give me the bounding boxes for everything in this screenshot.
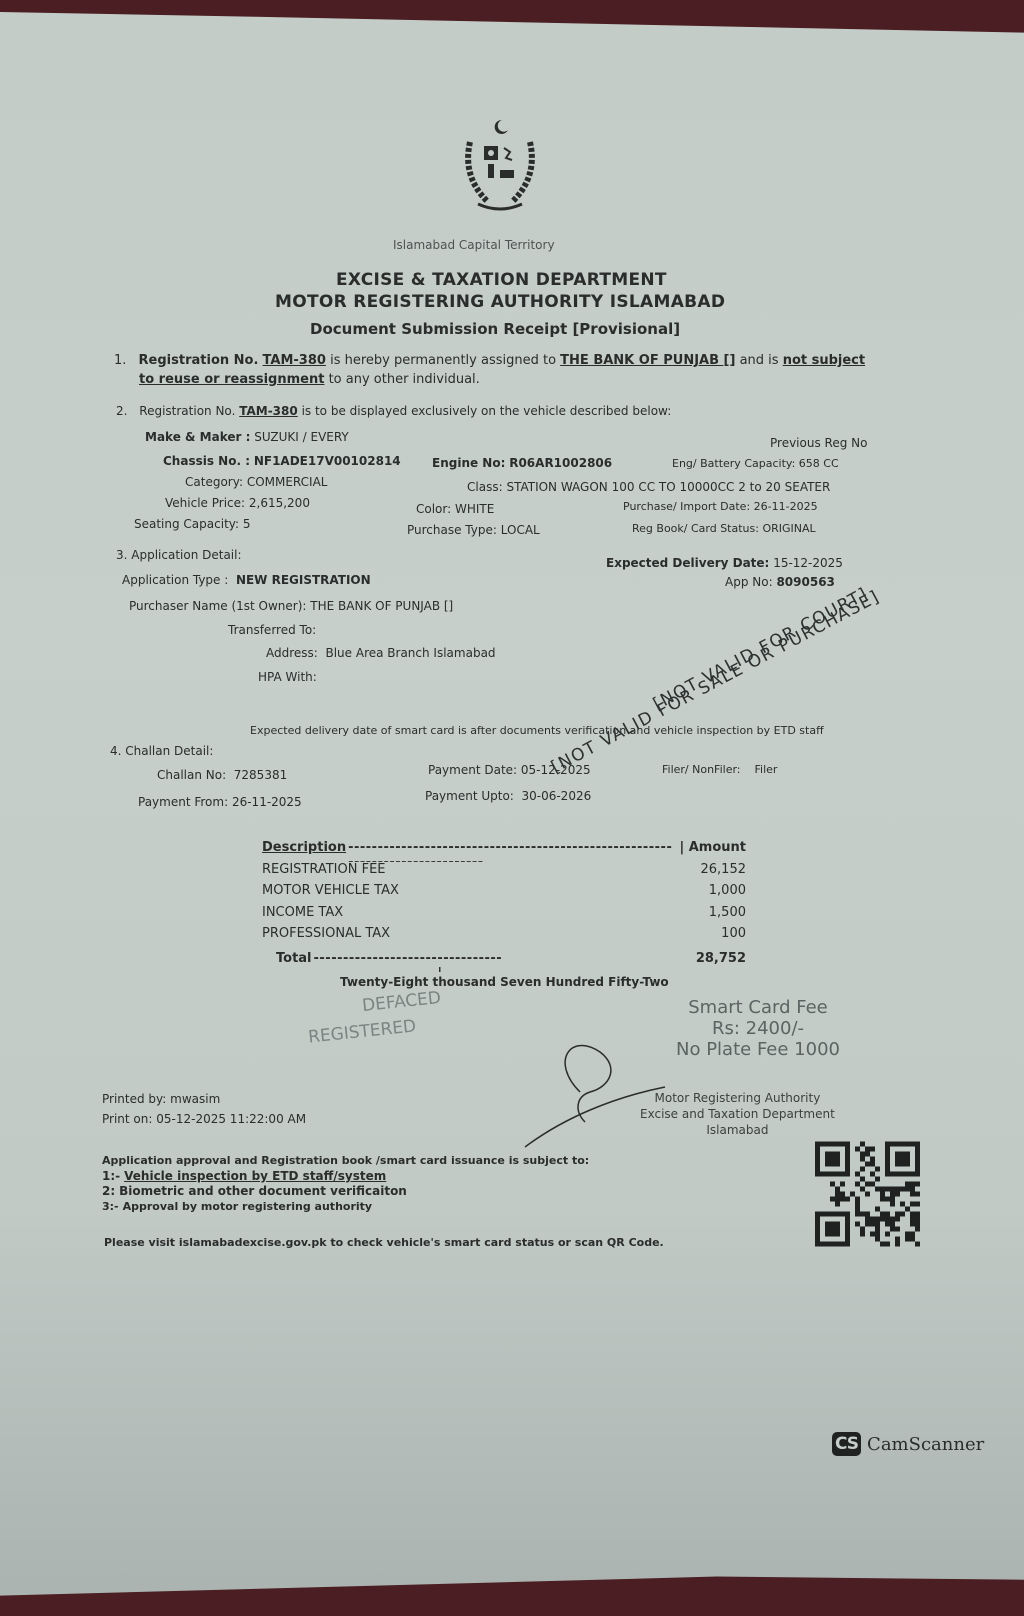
color-field: Color: WHITE bbox=[416, 502, 494, 516]
fee-amount: 100 bbox=[721, 926, 746, 948]
payment-upto-field: Payment Upto: 30-06-2026 bbox=[425, 789, 591, 803]
fee-row: MOTOR VEHICLE TAX1,000 bbox=[262, 883, 746, 905]
purchaser-field: Purchaser Name (1st Owner): THE BANK OF … bbox=[129, 599, 453, 613]
price-field: Vehicle Price: 2,615,200 bbox=[165, 496, 310, 510]
fee-amount: 1,000 bbox=[709, 883, 746, 905]
payment-from-field: Payment From: 26-11-2025 bbox=[138, 795, 302, 809]
camscanner-watermark: CS CamScanner bbox=[832, 1432, 984, 1456]
filer-field: Filer/ NonFiler: Filer bbox=[662, 763, 777, 776]
clause-1: 1. Registration No. TAM-380 is hereby pe… bbox=[114, 353, 865, 368]
handwritten-fee-note: Smart Card Fee Rs: 2400/- No Plate Fee 1… bbox=[676, 997, 840, 1060]
clause-1-emphasis: not subject bbox=[783, 353, 865, 368]
transferred-field: Transferred To: bbox=[228, 623, 316, 637]
condition-number: 2: bbox=[102, 1184, 115, 1198]
header-divider: ----------------------------------------… bbox=[348, 840, 677, 862]
capacity-field: Eng/ Battery Capacity: 658 CC bbox=[672, 457, 839, 470]
territory-label: Islamabad Capital Territory bbox=[393, 238, 555, 252]
qr-code-icon bbox=[815, 1140, 920, 1248]
smart-card-fee: Smart Card Fee bbox=[676, 997, 840, 1018]
clause-1-text-2: and is bbox=[740, 353, 779, 368]
make-field: Make & Maker : SUZUKI / EVERY bbox=[145, 430, 349, 444]
fee-table: Description ----------------------------… bbox=[262, 840, 746, 972]
fee-description: REGISTRATION FEE bbox=[262, 862, 386, 884]
camscanner-label: CamScanner bbox=[867, 1434, 984, 1455]
fee-rows: REGISTRATION FEE26,152MOTOR VEHICLE TAX1… bbox=[262, 862, 746, 948]
clause-1-lead: Registration No. bbox=[139, 353, 259, 368]
seating-field: Seating Capacity: 5 bbox=[134, 517, 251, 531]
document-title: Document Submission Receipt [Provisional… bbox=[310, 320, 680, 338]
conditions-intro: Application approval and Registration bo… bbox=[102, 1154, 589, 1167]
conditions-list: 1:-Vehicle inspection by ETD staff/syste… bbox=[102, 1169, 407, 1214]
delivery-date-field: Expected Delivery Date: 15-12-2025 bbox=[606, 556, 843, 570]
smart-card-fee-amount: Rs: 2400/- bbox=[676, 1018, 840, 1039]
payment-date-field: Payment Date: 05-12-2025 bbox=[428, 763, 591, 777]
engine-field: Engine No: R06AR1002806 bbox=[432, 456, 612, 470]
registered-stamp: REGISTERED bbox=[307, 1016, 417, 1047]
signatory-line-3: Islamabad bbox=[640, 1122, 835, 1138]
fee-description: MOTOR VEHICLE TAX bbox=[262, 883, 399, 905]
condition-item: 2:Biometric and other document verificai… bbox=[102, 1184, 407, 1199]
condition-item: 3:-Approval by motor registering authori… bbox=[102, 1199, 407, 1214]
clause-2-text: is to be displayed exclusively on the ve… bbox=[302, 404, 672, 418]
clause-1-text-3: to any other individual. bbox=[329, 372, 480, 387]
address-field: Address: Blue Area Branch Islamabad bbox=[266, 646, 496, 660]
condition-number: 1:- bbox=[102, 1169, 120, 1183]
class-field: Class: STATION WAGON 100 CC TO 10000CC 2… bbox=[467, 480, 830, 494]
number-plate-fee: No Plate Fee 1000 bbox=[676, 1039, 840, 1060]
fee-total-row: Total ----------------------------------… bbox=[262, 951, 746, 973]
chassis-field: Chassis No. : NF1ADE17V00102814 bbox=[163, 454, 401, 468]
fee-description: PROFESSIONAL TAX bbox=[262, 926, 390, 948]
condition-text: Biometric and other document verificaito… bbox=[119, 1184, 407, 1198]
app-no-field: App No: 8090563 bbox=[725, 575, 835, 589]
clause-2-lead: Registration No. bbox=[139, 404, 235, 418]
printed-on-field: Print on: 05-12-2025 11:22:00 AM bbox=[102, 1112, 306, 1126]
fee-row: REGISTRATION FEE26,152 bbox=[262, 862, 746, 884]
camscanner-logo-icon: CS bbox=[832, 1432, 861, 1456]
clause-1-text: is hereby permanently assigned to bbox=[330, 353, 556, 368]
signatory-block: Motor Registering Authority Excise and T… bbox=[640, 1090, 835, 1138]
condition-text: Vehicle inspection by ETD staff/system bbox=[124, 1169, 386, 1183]
previous-reg-field: Previous Reg No bbox=[770, 436, 867, 450]
printed-by-field: Printed by: mwasim bbox=[102, 1092, 220, 1106]
challan-no-field: Challan No: 7285381 bbox=[157, 768, 287, 782]
department-title: EXCISE & TAXATION DEPARTMENT bbox=[336, 270, 667, 290]
fee-description: INCOME TAX bbox=[262, 905, 343, 927]
challan-section-title: 4. Challan Detail: bbox=[110, 744, 213, 758]
registration-number: TAM-380 bbox=[263, 353, 326, 368]
status-check-note: Please visit islamabadexcise.gov.pk to c… bbox=[104, 1236, 664, 1249]
purchase-date-field: Purchase/ Import Date: 26-11-2025 bbox=[623, 500, 818, 513]
fee-amount: 1,500 bbox=[709, 905, 746, 927]
state-emblem-icon bbox=[450, 112, 550, 232]
registration-number-2: TAM-380 bbox=[239, 404, 298, 418]
owner-name: THE BANK OF PUNJAB [] bbox=[560, 353, 735, 368]
authority-title: MOTOR REGISTERING AUTHORITY ISLAMABAD bbox=[275, 292, 725, 312]
category-field: Category: COMMERCIAL bbox=[185, 475, 327, 489]
condition-text: Approval by motor registering authority bbox=[123, 1200, 372, 1213]
clause-2: 2. Registration No. TAM-380 is to be dis… bbox=[116, 404, 671, 418]
fee-row: INCOME TAX1,500 bbox=[262, 905, 746, 927]
card-status-field: Reg Book/ Card Status: ORIGINAL bbox=[632, 522, 816, 535]
clause-1-number: 1. bbox=[114, 353, 126, 368]
total-amount: 28,752 bbox=[696, 951, 746, 973]
clause-2-number: 2. bbox=[116, 404, 127, 418]
description-header: Description bbox=[262, 840, 346, 862]
amount-header: | Amount bbox=[679, 840, 746, 862]
total-in-words: Twenty-Eight thousand Seven Hundred Fift… bbox=[340, 975, 669, 989]
not-valid-sale-stamp: [NOT VALID FOR SALE OR PURCHASE] bbox=[548, 587, 883, 778]
hpa-field: HPA With: bbox=[258, 670, 317, 684]
clause-1-emphasis-2: to reuse or reassignment bbox=[139, 372, 324, 387]
delivery-note: Expected delivery date of smart card is … bbox=[250, 724, 824, 737]
defaced-stamp: DEFACED bbox=[361, 988, 442, 1016]
condition-item: 1:-Vehicle inspection by ETD staff/syste… bbox=[102, 1169, 407, 1184]
signatory-line-2: Excise and Taxation Department bbox=[640, 1106, 835, 1122]
receipt-page: Islamabad Capital Territory EXCISE & TAX… bbox=[0, 12, 1024, 1602]
application-section-title: 3. Application Detail: bbox=[116, 548, 242, 562]
signatory-line-1: Motor Registering Authority bbox=[640, 1090, 835, 1106]
total-divider: ----------------------------------------… bbox=[314, 951, 504, 973]
purchase-type-field: Purchase Type: LOCAL bbox=[407, 523, 540, 537]
fee-table-header: Description ----------------------------… bbox=[262, 840, 746, 862]
total-label: Total bbox=[276, 951, 312, 973]
condition-number: 3:- bbox=[102, 1200, 119, 1213]
application-type-field: Application Type : NEW REGISTRATION bbox=[122, 573, 371, 587]
fee-amount: 26,152 bbox=[701, 862, 747, 884]
fee-row: PROFESSIONAL TAX100 bbox=[262, 926, 746, 948]
clause-1-line-2: to reuse or reassignment to any other in… bbox=[139, 372, 480, 387]
